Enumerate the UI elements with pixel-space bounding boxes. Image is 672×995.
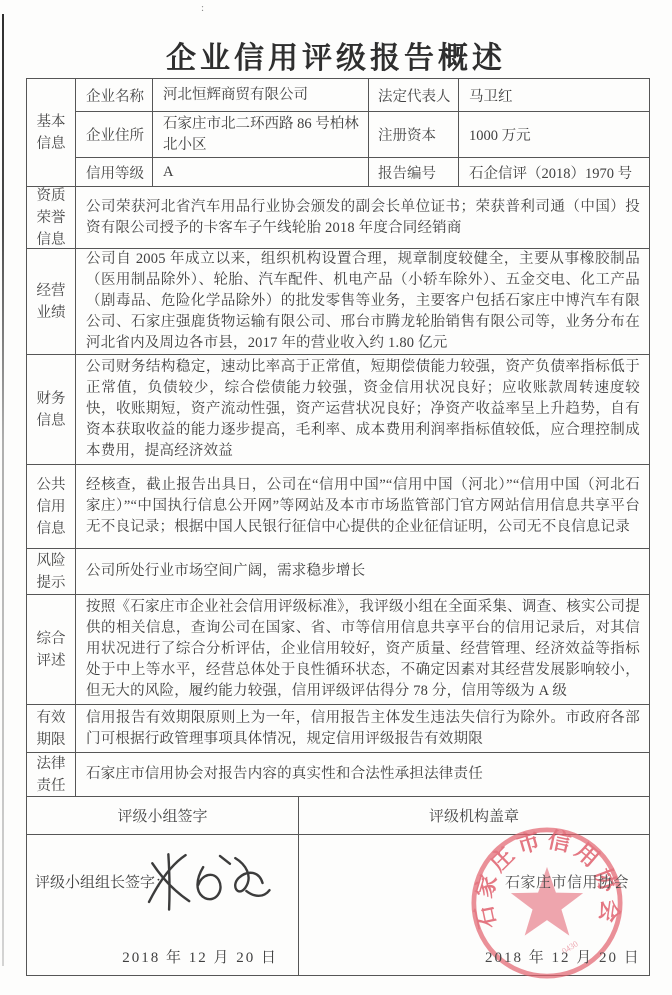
section-label: 公共信用信息 [27,465,76,548]
scan-artifact-line [2,14,4,966]
section-finance: 财务信息 公司财务结构稳定，速动比率高于正常值，短期偿债能力较强，资产负债率指标… [27,355,649,465]
section-label: 资质荣誉信息 [27,187,76,248]
field-value-company-name: 河北恒辉商贸有限公司 [153,79,369,111]
field-value-credit-grade: A [153,158,369,186]
section-label: 综合评述 [27,595,76,704]
sign-cell-right: 石家庄市信用协会 0430 石家庄市信用协会 2018 年 12 月 20 日 [299,835,649,975]
section-label: 经营业绩 [27,249,76,354]
basic-info-section: 基本信息 企业名称 河北恒辉商贸有限公司 法定代表人 马卫红 企业住所 石家庄市… [27,79,649,187]
field-label-company-name: 企业名称 [76,79,153,111]
rating-table: 基本信息 企业名称 河北恒辉商贸有限公司 法定代表人 马卫红 企业住所 石家庄市… [26,78,650,976]
page-title: 企业信用评级报告概述 [0,33,672,77]
section-content: 公司所处行业市场空间广阔，需求稳步增长 [76,549,649,594]
section-validity: 有效期限 信用报告有效期限原则上为一年，信用报告主体发生违法失信行为除外。市政府… [27,705,649,753]
section-content: 公司自 2005 年成立以来，组织机构设置合理，规章制度较健全，主要从事橡胶制品… [76,249,649,354]
sign-row: 评级小组组长签字： 2018 年 12 月 20 日 [27,835,649,975]
field-label-legal-rep: 法定代表人 [369,79,459,111]
section-label-basic: 基本信息 [27,79,76,186]
section-content: 公司荣获河北省汽车用品行业协会颁发的副会长单位证书；荣获普利司通（中国）投资有限… [76,187,649,248]
section-legal: 法律责任 石家庄市信用协会对报告内容的真实性和合法性承担法律责任 [27,753,649,797]
field-label-credit-grade: 信用等级 [76,158,153,186]
section-content: 石家庄市信用协会对报告内容的真实性和合法性承担法律责任 [76,753,649,796]
sign-date-right: 2018 年 12 月 20 日 [485,946,641,967]
section-label: 有效期限 [27,705,76,752]
scanned-report-page: : 企业信用评级报告概述 基本信息 企业名称 河北恒辉商贸有限公司 法定代表人 … [0,0,672,995]
table-row: 信用等级 A 报告编号 石企信评（2018）1970 号 [76,158,649,186]
sign-header-left: 评级小组签字 [27,797,299,834]
seal-org-overlay: 石家庄市信用协会 [505,871,629,892]
sign-date-left: 2018 年 12 月 20 日 [122,946,278,967]
handwritten-signature [135,843,275,921]
section-qualifications: 资质荣誉信息 公司荣获河北省汽车用品行业协会颁发的副会长单位证书；荣获普利司通（… [27,187,649,249]
scan-artifact-mark: : [201,2,204,14]
field-label-registered-capital: 注册资本 [369,112,459,157]
section-risk: 风险提示 公司所处行业市场空间广阔，需求稳步增长 [27,549,649,595]
field-value-address: 石家庄市北二环西路 86 号柏林北小区 [153,112,369,157]
section-content: 按照《石家庄市企业社会信用评级标准》，我评级小组在全面采集、调查、核实公司提供的… [76,595,649,704]
section-public-credit: 公共信用信息 经核查，截止报告出具日，公司在“信用中国”“信用中国（河北）”“信… [27,465,649,549]
section-performance: 经营业绩 公司自 2005 年成立以来，组织机构设置合理，规章制度较健全，主要从… [27,249,649,355]
section-content: 公司财务结构稳定，速动比率高于正常值，短期偿债能力较强，资产负债率指标低于正常值… [76,355,649,464]
table-row: 企业住所 石家庄市北二环西路 86 号柏林北小区 注册资本 1000 万元 [76,112,649,158]
sign-cell-left: 评级小组组长签字： 2018 年 12 月 20 日 [27,835,299,975]
field-value-legal-rep: 马卫红 [459,79,649,111]
section-label: 财务信息 [27,355,76,464]
section-label: 法律责任 [27,753,76,796]
section-label: 风险提示 [27,549,76,594]
field-label-report-number: 报告编号 [369,158,459,186]
section-content: 经核查，截止报告出具日，公司在“信用中国”“信用中国（河北）”“信用中国（河北石… [76,465,649,548]
section-summary: 综合评述 按照《石家庄市企业社会信用评级标准》，我评级小组在全面采集、调查、核实… [27,595,649,705]
table-row: 企业名称 河北恒辉商贸有限公司 法定代表人 马卫红 [76,79,649,112]
field-value-registered-capital: 1000 万元 [459,112,649,157]
field-value-report-number: 石企信评（2018）1970 号 [459,158,649,186]
section-content: 信用报告有效期限原则上为一年，信用报告主体发生违法失信行为除外。市政府各部门可根… [76,705,649,752]
field-label-address: 企业住所 [76,112,153,157]
